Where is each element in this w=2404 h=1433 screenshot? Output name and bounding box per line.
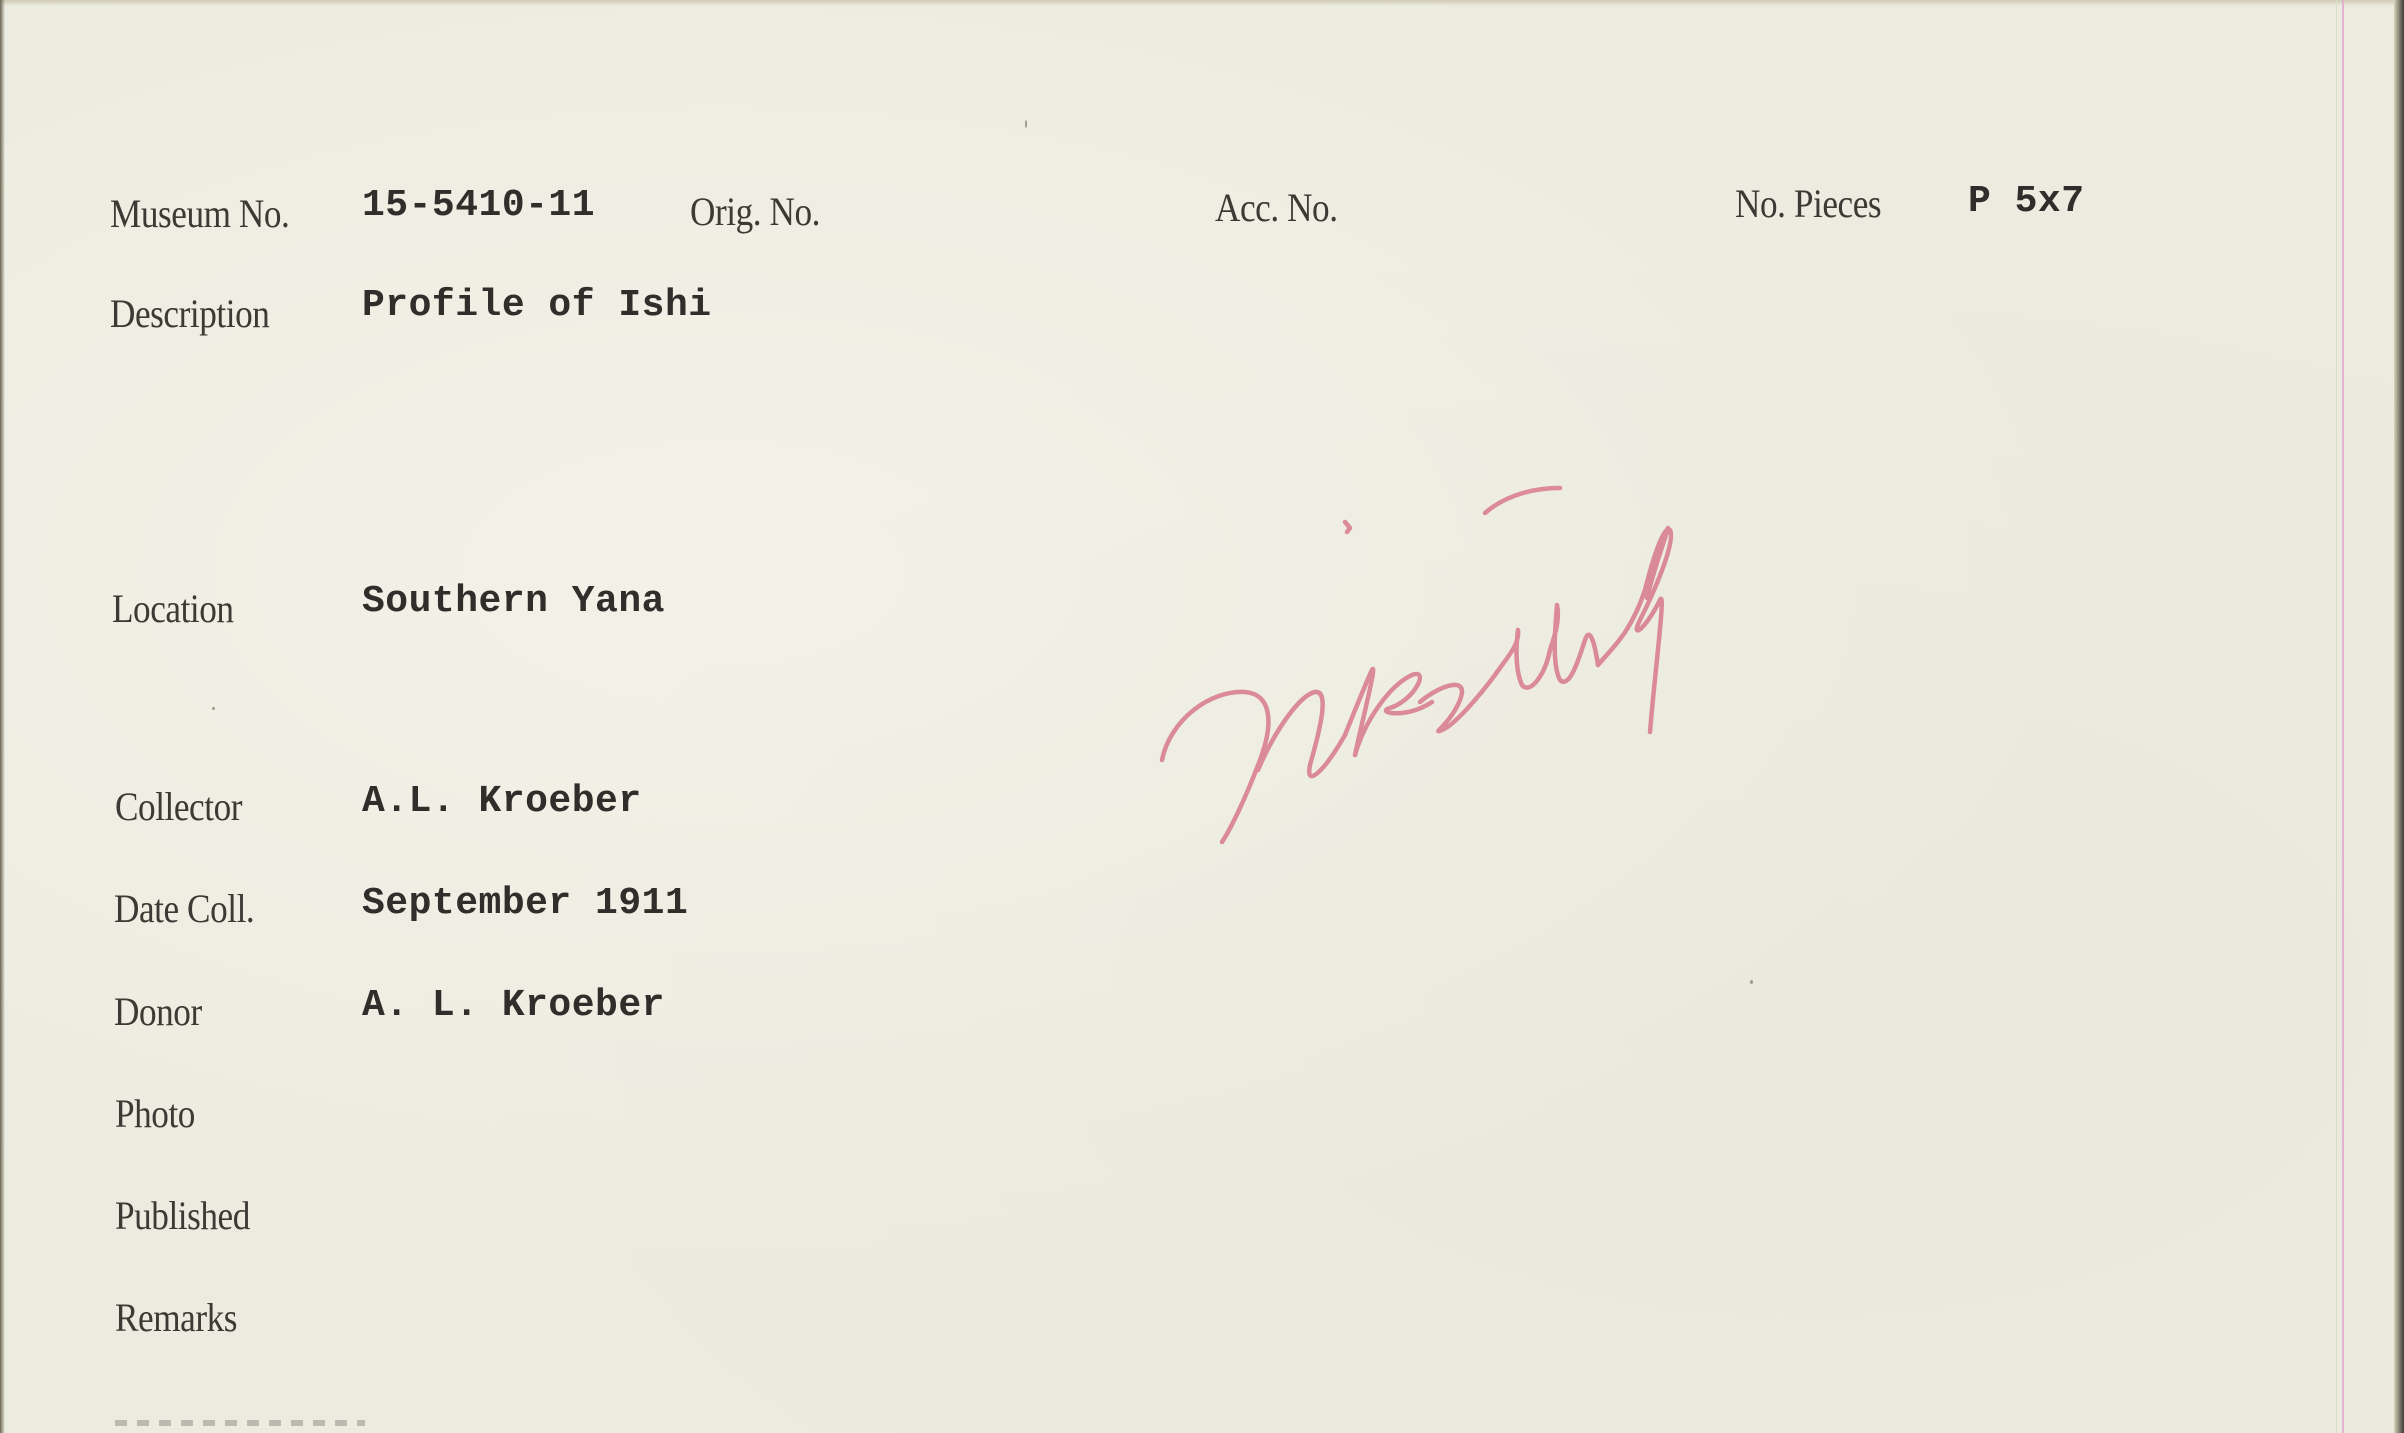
location-value: Southern Yana	[362, 580, 665, 623]
collector-value: A.L. Kroeber	[362, 780, 642, 823]
paper-speck	[212, 707, 215, 710]
donor-value: A. L. Kroeber	[362, 984, 665, 1027]
acc-no-label: Acc. No.	[1215, 184, 1338, 231]
no-pieces-value: P 5x7	[1968, 180, 2085, 223]
catalog-card: Museum No. 15-5410-11 Orig. No. Acc. No.…	[0, 0, 2404, 1433]
handwritten-missing-annotation: missing	[1150, 470, 2050, 850]
card-right-edge	[2394, 0, 2404, 1433]
remarks-label: Remarks	[115, 1294, 237, 1341]
no-pieces-label: No. Pieces	[1735, 180, 1881, 227]
donor-label: Donor	[114, 988, 202, 1035]
card-left-edge	[0, 0, 5, 1433]
card-top-edge	[0, 0, 2404, 6]
location-label: Location	[112, 585, 234, 632]
description-label: Description	[110, 290, 269, 337]
paper-speck	[1750, 980, 1753, 984]
museum-no-value: 15-5410-11	[362, 184, 595, 227]
cropped-footer-ink	[115, 1420, 365, 1426]
cropped-footer-print-code	[115, 1420, 365, 1433]
photo-label: Photo	[115, 1090, 195, 1137]
collector-label: Collector	[115, 783, 242, 830]
orig-no-label: Orig. No.	[690, 188, 820, 235]
date-coll-label: Date Coll.	[114, 885, 254, 932]
published-label: Published	[115, 1192, 250, 1239]
description-value: Profile of Ishi	[362, 284, 712, 327]
museum-no-label: Museum No.	[110, 190, 289, 237]
margin-line-faint	[2336, 0, 2337, 1433]
margin-rule	[2342, 0, 2344, 1433]
date-coll-value: September 1911	[362, 882, 688, 925]
paper-speck	[1025, 120, 1027, 128]
